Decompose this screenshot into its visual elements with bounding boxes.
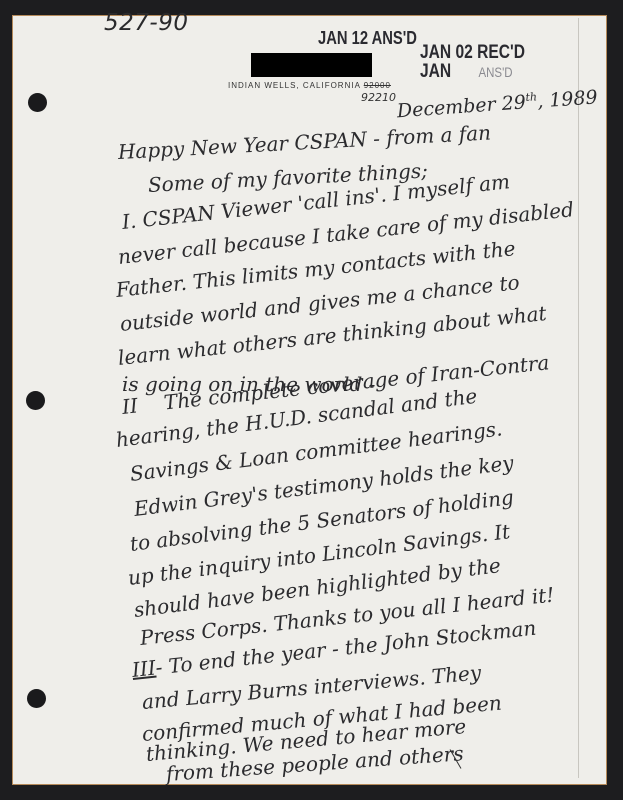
redaction-box — [251, 53, 372, 77]
corrected-zip: 92210 — [361, 91, 396, 104]
page-edge-line — [578, 18, 579, 778]
letterhead-location: INDIAN WELLS, CALIFORNIA — [228, 81, 360, 90]
punch-hole-top — [28, 93, 47, 112]
reference-number: 527-90 — [104, 10, 188, 36]
punch-hole-bottom — [27, 689, 46, 708]
letterhead-address: INDIAN WELLS, CALIFORNIA 92000 — [228, 81, 391, 90]
date-suffix: th — [525, 90, 537, 104]
letterhead-struck-zip: 92000 — [364, 81, 391, 90]
stamp-answered: JAN 12 ANS'D — [318, 28, 417, 49]
stamp-answered-second: JAN ANS'D — [420, 61, 513, 83]
stamp-answered-second-month: JAN — [420, 61, 451, 82]
date-year: , 1989 — [537, 86, 599, 112]
punch-hole-middle — [26, 391, 45, 410]
stamp-answered-second-faint: ANS'D — [478, 64, 512, 80]
section-three-marker: III — [131, 656, 157, 682]
section-two-marker: II — [121, 393, 139, 419]
